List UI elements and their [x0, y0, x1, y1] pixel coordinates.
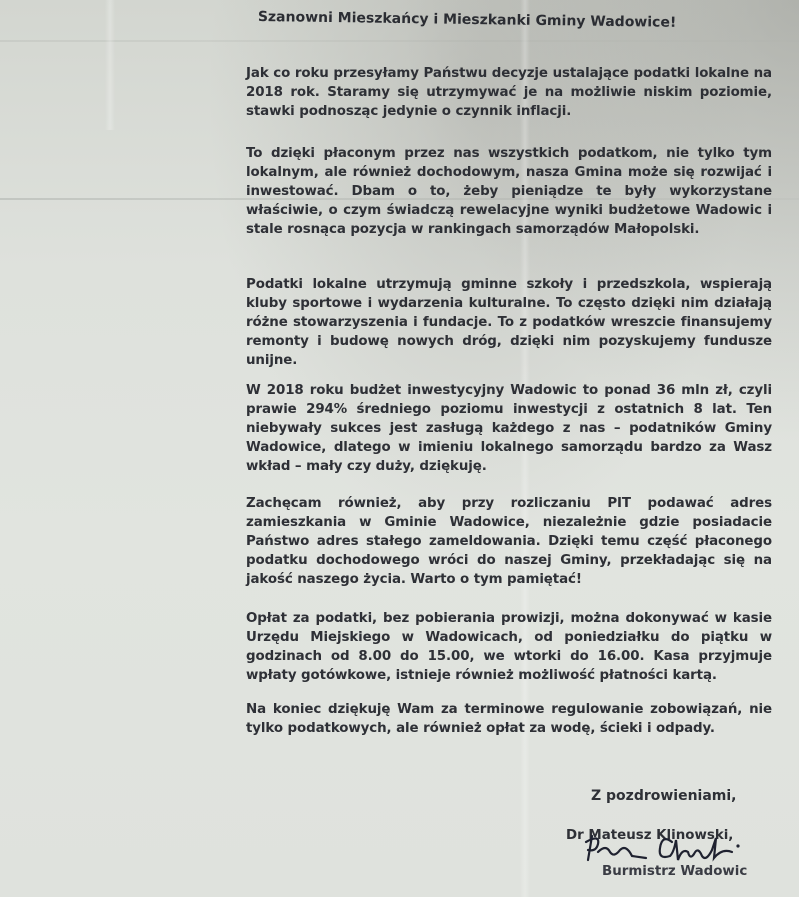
paper-crease — [105, 0, 115, 130]
signer-role: Burmistrz Wadowic — [602, 862, 747, 881]
paragraph-6: Opłat za podatki, bez pobierania prowizj… — [246, 609, 772, 685]
paragraph-4: W 2018 roku budżet inwestycyjny Wadowic … — [246, 381, 772, 476]
paper-fold-line-top — [0, 40, 799, 42]
paragraph-2: To dzięki płaconym przez nas wszystkich … — [246, 144, 772, 239]
letter-closing: Z pozdrowieniami, — [591, 787, 737, 806]
paragraph-1: Jak co roku przesyłamy Państwu decyzje u… — [246, 64, 772, 121]
paragraph-5: Zachęcam również, aby przy rozliczaniu P… — [246, 494, 772, 589]
paragraph-7: Na koniec dziękuję Wam za terminowe regu… — [246, 700, 772, 738]
paragraph-3: Podatki lokalne utrzymują gminne szkoły … — [246, 275, 772, 370]
